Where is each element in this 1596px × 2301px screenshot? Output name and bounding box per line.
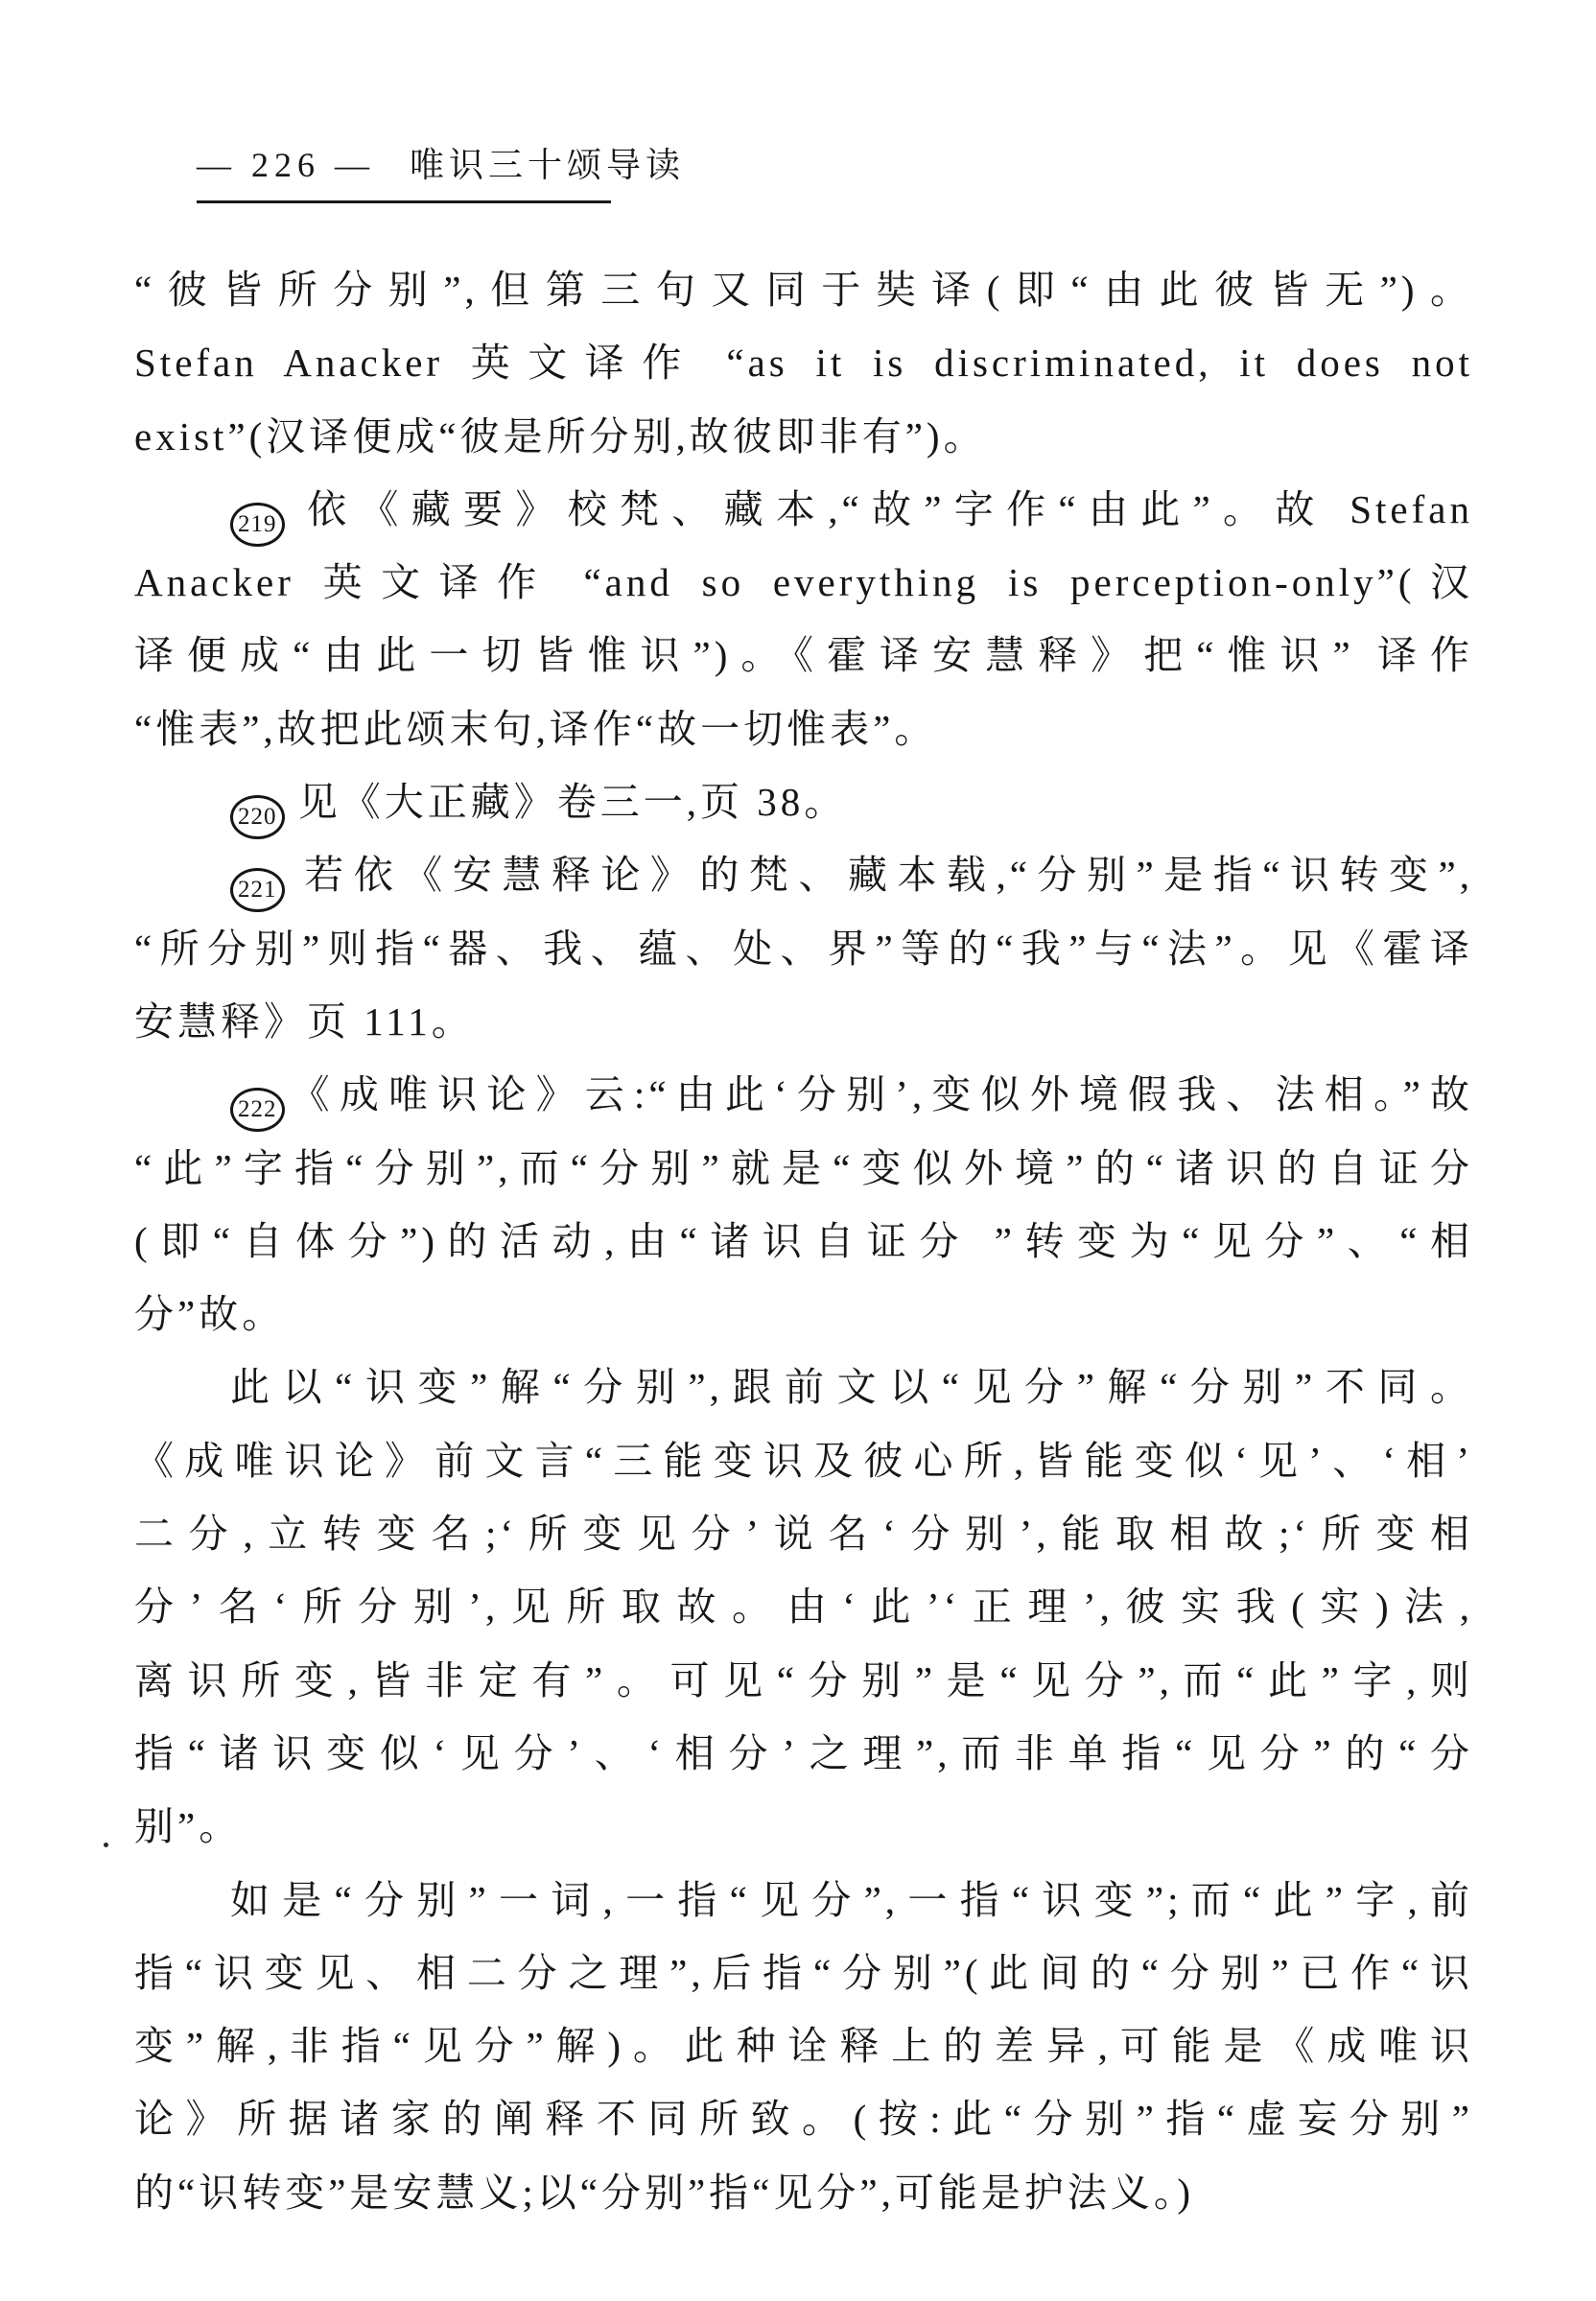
text-line: 此以“识变”解“分别”,跟前文以“见分”解“分别”不同。 [134,1350,1473,1423]
text-line: 222《成唯识论》云:“由此‘分别’,变似外境假我、法相。”故 [134,1058,1473,1131]
text-line: 《成唯识论》前文言“三能变识及彼心所,皆能变似‘见’、‘相’ [134,1424,1473,1497]
text-line: 分’名‘所分别’,见所取故。由‘此’‘正理’,彼实我(实)法, [134,1570,1473,1643]
text-line: 如是“分别”一词,一指“见分”,一指“识变”;而“此”字,前 [134,1864,1473,1937]
text-line: 219 依《藏要》校梵、藏本,“故”字作“由此”。故 Stefan [134,473,1473,546]
book-title: 唯识三十颂导读 [410,144,685,187]
text-line: 论》所据诸家的阐释不同所致。(按:此“分别”指“虚妄分别” [134,2082,1473,2155]
page-number: — 226 — [197,144,375,187]
text-line: “彼皆所分别”,但第三句又同于奘译(即“由此彼皆无”)。 [134,253,1473,326]
text-line: (即“自体分”)的活动,由“诸识自证分 ”转变为“见分”、“相 [134,1205,1473,1278]
scan-speck [104,1843,108,1847]
text-line: 变”解,非指“见分”解)。此种诠释上的差异,可能是《成唯识 [134,2009,1473,2082]
text-line: 221 若依《安慧释论》的梵、藏本载,“分别”是指“识转变”, [134,838,1473,911]
text-line: 指“识变见、相二分之理”,后指“分别”(此间的“分别”已作“识 [134,1937,1473,2009]
note-number-badge: 220 [230,795,285,839]
text-line: 离识所变,皆非定有”。可见“分别”是“见分”,而“此”字,则 [134,1644,1473,1717]
scanned-book-page: { "page_header": { "page_label": "— 226 … [0,0,1596,2301]
text-line: “所分别”则指“器、我、蕴、处、界”等的“我”与“法”。见《霍译 [134,912,1473,985]
text-line: “此”字指“分别”,而“分别”就是“变似外境”的“诸识的自证分 [134,1132,1473,1205]
text-line: exist”(汉译便成“彼是所分别,故彼即非有”)。 [134,400,1473,473]
text-line: Stefan Anacker 英文译作 “as it is discrimina… [134,326,1473,399]
text-line: 译便成“由此一切皆惟识”)。《霍译安慧释》把“惟识” 译作 [134,619,1473,692]
text-line: 安慧释》页 111。 [134,985,1473,1058]
note-number-badge: 221 [230,868,285,912]
text-line: 别”。 [134,1790,1473,1863]
text-line: 的“识转变”是安慧义;以“分别”指“见分”,可能是护法义。) [134,2156,1473,2229]
text-line: 220 见《大正藏》卷三一,页 38。 [134,765,1473,838]
note-number-badge: 222 [230,1088,285,1132]
page-header: — 226 — 唯识三十颂导读 [197,144,611,203]
body-text: “彼皆所分别”,但第三句又同于奘译(即“由此彼皆无”)。Stefan Anack… [134,253,1473,2229]
text-line: 分”故。 [134,1278,1473,1350]
text-line: “惟表”,故把此颂末句,译作“故一切惟表”。 [134,693,1473,765]
page-container: — 226 — 唯识三十颂导读 “彼皆所分别”,但第三句又同于奘译(即“由此彼皆… [134,144,1473,2229]
note-number-badge: 219 [230,503,285,547]
text-line: 指“诸识变似‘见分’、‘相分’之理”,而非单指“见分”的“分 [134,1717,1473,1790]
text-line: 二分,立转变名;‘所变见分’说名‘分别’,能取相故;‘所变相 [134,1497,1473,1570]
text-line: Anacker 英文译作 “and so everything is perce… [134,546,1473,619]
